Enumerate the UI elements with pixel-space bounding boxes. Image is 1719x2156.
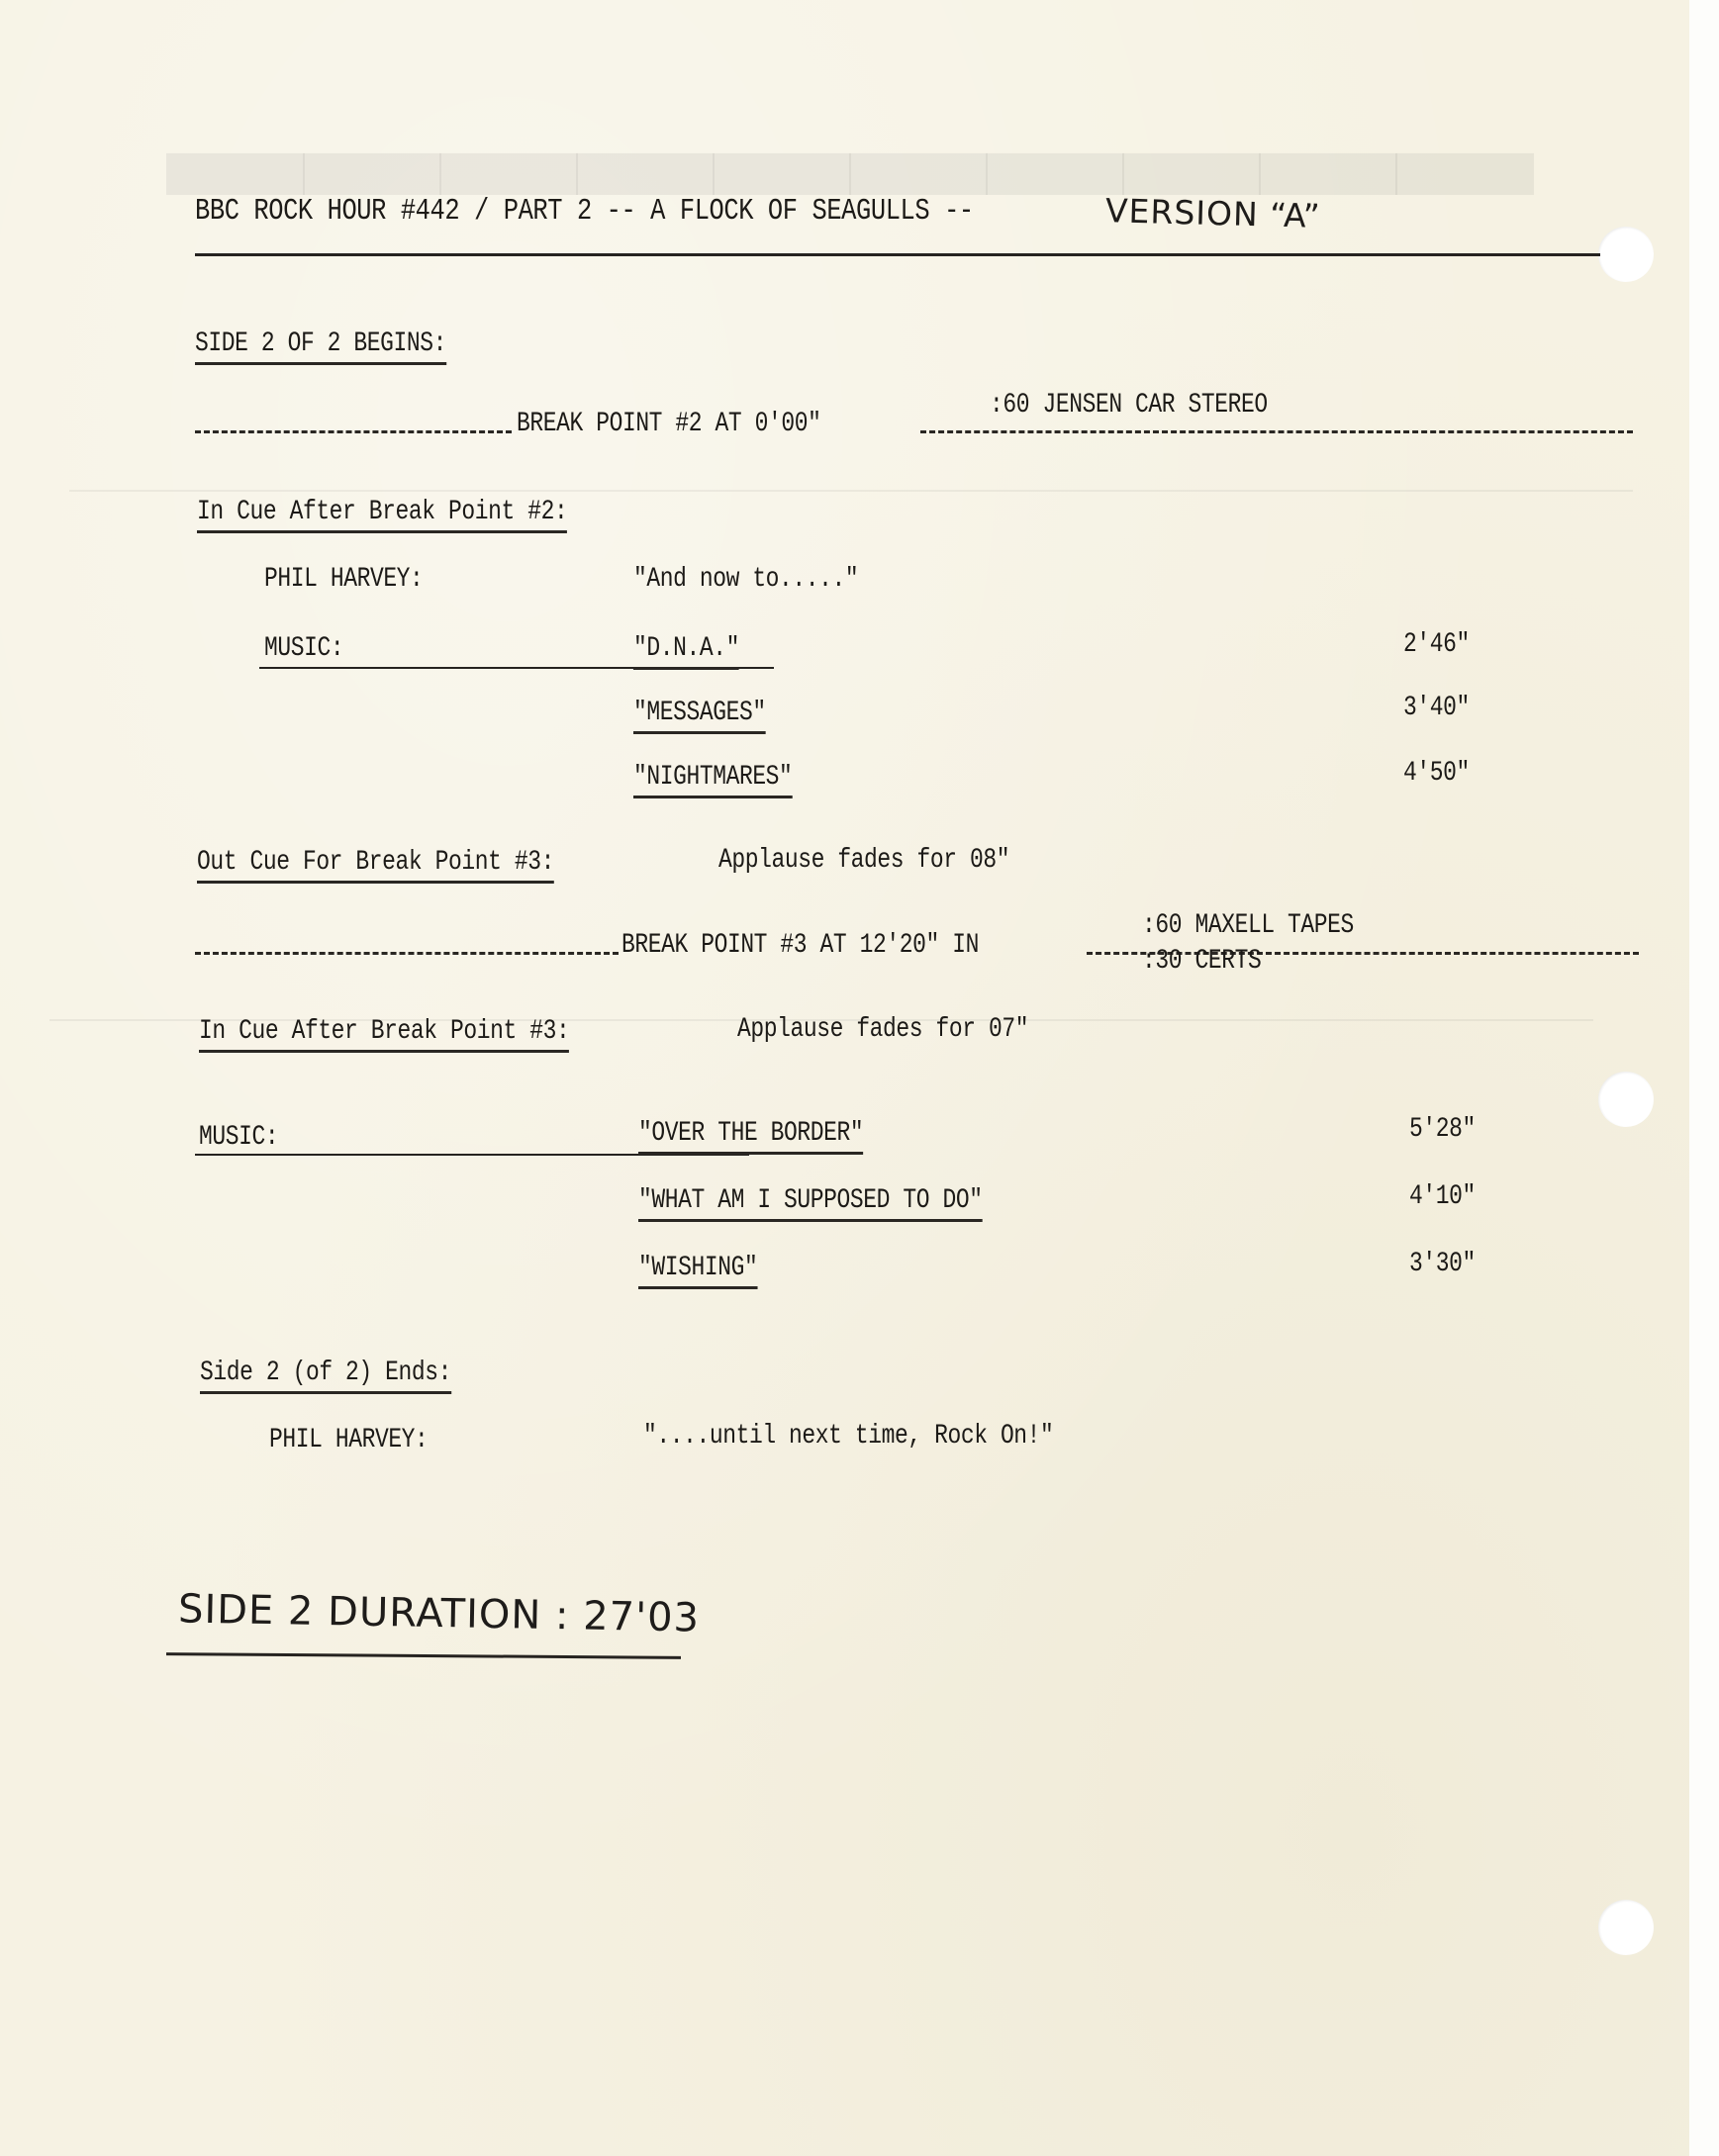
break-point-2-dashes-right: [920, 430, 1633, 433]
side-ends-heading: Side 2 (of 2) Ends:: [200, 1358, 451, 1388]
cue-role: MUSIC:: [199, 1122, 278, 1153]
cue-content: "D.N.A.": [633, 633, 739, 664]
in-cue-bp2-heading: In Cue After Break Point #2:: [197, 497, 567, 527]
header-rule: [195, 253, 1600, 256]
out-cue-bp3-text: Applause fades for 08": [718, 845, 1009, 876]
cue-content: "And now to.....": [633, 564, 858, 595]
song-duration: 5'28": [1409, 1114, 1476, 1145]
scan-edge: [1689, 0, 1719, 2156]
in-cue-bp3-heading: In Cue After Break Point #3:: [199, 1016, 569, 1047]
side-begins-label: SIDE 2 OF 2 BEGINS:: [195, 328, 446, 365]
cue-content: "WHAT AM I SUPPOSED TO DO": [638, 1185, 983, 1216]
in-cue-bp3-heading-text: In Cue After Break Point #3:: [199, 1016, 569, 1053]
song-duration: 3'30": [1409, 1249, 1476, 1279]
song-duration: 3'40": [1403, 693, 1470, 723]
break-point-3-sponsor: :30 CERTS: [1142, 946, 1261, 977]
punch-hole-middle: [1598, 1072, 1654, 1127]
handwritten-version: VERSION “A”: [1105, 191, 1322, 235]
in-cue-bp2-heading-text: In Cue After Break Point #2:: [197, 497, 567, 533]
document-title: BBC ROCK HOUR #442 / PART 2 -- A FLOCK O…: [195, 194, 974, 229]
song-title: "MESSAGES": [633, 698, 766, 734]
handwritten-side-duration: SIDE 2 DURATION : 27'03: [178, 1586, 701, 1640]
side-begins-heading: SIDE 2 OF 2 BEGINS:: [195, 328, 446, 359]
cue-content: "OVER THE BORDER": [638, 1118, 863, 1149]
bleed-through-rule: [69, 490, 1633, 492]
break-point-3-label: BREAK POINT #3 AT 12'20" IN: [621, 930, 979, 961]
paper-sheet: [0, 0, 1689, 2156]
song-duration: 4'10": [1409, 1181, 1476, 1212]
song-title: "WHAT AM I SUPPOSED TO DO": [638, 1185, 983, 1222]
cue-content: "WISHING": [638, 1253, 757, 1283]
break-point-2-sponsor: :60 JENSEN CAR STEREO: [990, 390, 1268, 421]
break-point-2-dashes-left: [195, 430, 512, 433]
break-point-3-dashes-left: [195, 952, 619, 955]
side-ends-text: "....until next time, Rock On!": [643, 1421, 1053, 1452]
song-title: "NIGHTMARES": [633, 762, 792, 798]
side-ends-heading-text: Side 2 (of 2) Ends:: [200, 1358, 451, 1394]
song-duration: 2'46": [1403, 629, 1470, 660]
punch-hole-bottom: [1598, 1900, 1654, 1955]
in-cue-bp3-text: Applause fades for 07": [737, 1014, 1028, 1045]
break-point-2-label: BREAK POINT #2 AT 0'00": [517, 409, 820, 439]
cue-role: MUSIC:: [264, 633, 343, 664]
song-title: "D.N.A.": [633, 633, 739, 670]
side-ends-role: PHIL HARVEY:: [269, 1425, 428, 1455]
song-duration: 4'50": [1403, 758, 1470, 789]
cue-content: "MESSAGES": [633, 698, 766, 728]
song-title: "OVER THE BORDER": [638, 1118, 863, 1155]
punch-hole-top: [1598, 227, 1654, 282]
break-point-3-sponsor: :60 MAXELL TAPES: [1142, 910, 1354, 941]
out-cue-bp3-heading: Out Cue For Break Point #3:: [197, 847, 554, 878]
cue-role: PHIL HARVEY:: [264, 564, 423, 595]
cue-content: "NIGHTMARES": [633, 762, 792, 793]
song-title: "WISHING": [638, 1253, 757, 1289]
out-cue-bp3-heading-text: Out Cue For Break Point #3:: [197, 847, 554, 884]
